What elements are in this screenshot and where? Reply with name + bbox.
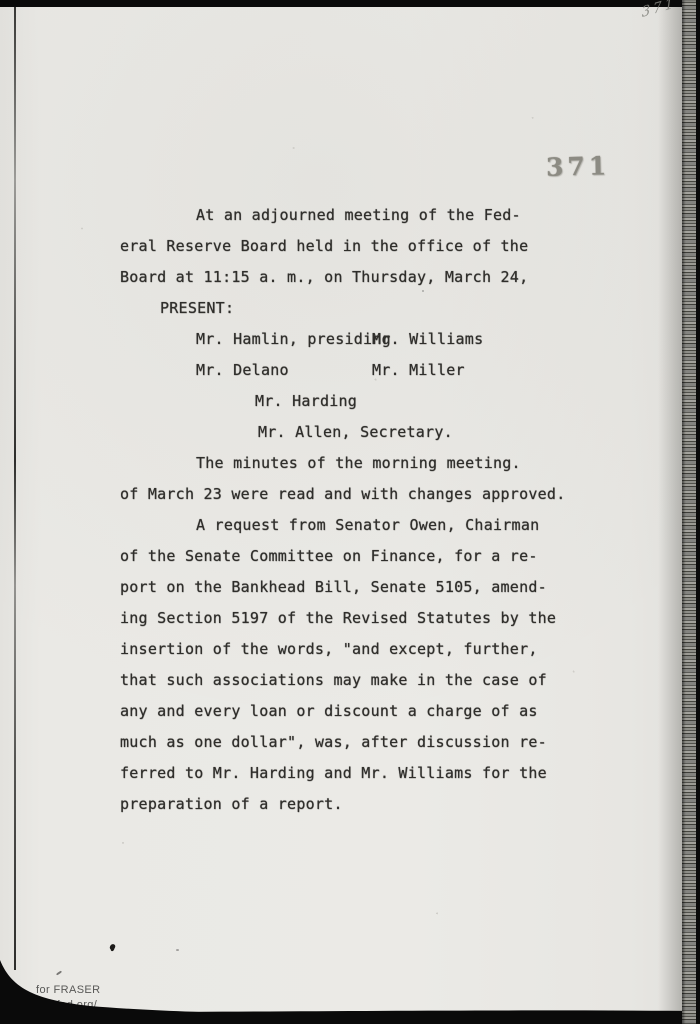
document-line-text: ferred to Mr. Harding and Mr. Williams f… (120, 758, 547, 789)
document-line: that such associations may make in the c… (120, 665, 620, 696)
document-line: any and every loan or discount a charge … (120, 696, 620, 727)
document-line-text: of March 23 were read and with changes a… (120, 479, 565, 510)
document-line: ing Section 5197 of the Revised Statutes… (120, 603, 620, 634)
page-edges-texture (682, 0, 700, 1024)
attendee-name-left: Mr. Delano (196, 355, 289, 386)
document-line-text: Mr. Harding (255, 386, 357, 417)
document-line: preparation of a report. (120, 789, 620, 820)
document-line-text: insertion of the words, "and except, fur… (120, 634, 538, 665)
document-line: PRESENT: (120, 293, 620, 324)
attendee-name-right: Mr. Williams (372, 324, 483, 355)
document-line-text: eral Reserve Board held in the office of… (120, 231, 528, 262)
scanned-document-page: { "page": { "stamped_page_number": "371"… (0, 0, 700, 1024)
document-line-text: of the Senate Committee on Finance, for … (120, 541, 538, 572)
document-line: of the Senate Committee on Finance, for … (120, 541, 620, 572)
document-line-text: The minutes of the morning meeting. (196, 448, 521, 479)
document-line: Mr. Harding (120, 386, 620, 417)
scan-border-top (0, 0, 700, 7)
document-line: ferred to Mr. Harding and Mr. Williams f… (120, 758, 620, 789)
document-line: of March 23 were read and with changes a… (120, 479, 620, 510)
document-line-text: A request from Senator Owen, Chairman (196, 510, 539, 541)
paper-right-shadow (658, 7, 683, 1014)
document-line: Mr. Allen, Secretary. (120, 417, 620, 448)
document-line-text: that such associations may make in the c… (120, 665, 547, 696)
document-line: eral Reserve Board held in the office of… (120, 231, 620, 262)
fraser-watermark-line1: for FRASER (36, 984, 101, 996)
document-line: much as one dollar", was, after discussi… (120, 727, 620, 758)
document-line: Mr. Hamlin, presidingMr. Williams (120, 324, 620, 355)
fraser-watermark-line2: isfed.org/ (48, 999, 97, 1011)
document-line-text: ing Section 5197 of the Revised Statutes… (120, 603, 556, 634)
attendee-name-right: Mr. Miller (372, 355, 465, 386)
document-line: Mr. DelanoMr. Miller (120, 355, 620, 386)
document-line-text: Mr. Allen, Secretary. (258, 417, 453, 448)
paper-crease-line (14, 7, 16, 970)
document-line-text: any and every loan or discount a charge … (120, 696, 538, 727)
typewritten-text-block: At an adjourned meeting of the Fed-eral … (120, 200, 620, 820)
document-line-text: preparation of a report. (120, 789, 343, 820)
document-line-text: much as one dollar", was, after discussi… (120, 727, 547, 758)
ink-speck (176, 949, 179, 951)
document-line: A request from Senator Owen, Chairman (120, 510, 620, 541)
attendee-name-left: Mr. Hamlin, presiding (196, 324, 391, 355)
document-line-text: PRESENT: (160, 293, 234, 324)
document-line-text: Board at 11:15 a. m., on Thursday, March… (120, 262, 528, 293)
document-line: port on the Bankhead Bill, Senate 5105, … (120, 572, 620, 603)
ink-speck (422, 290, 424, 292)
document-line: The minutes of the morning meeting. (120, 448, 620, 479)
document-line-text: At an adjourned meeting of the Fed- (196, 200, 521, 231)
stamped-page-number: 371 (546, 151, 611, 182)
document-line-text: port on the Bankhead Bill, Senate 5105, … (120, 572, 547, 603)
document-line: At an adjourned meeting of the Fed- (120, 200, 620, 231)
document-line: insertion of the words, "and except, fur… (120, 634, 620, 665)
document-line: Board at 11:15 a. m., on Thursday, March… (120, 262, 620, 293)
